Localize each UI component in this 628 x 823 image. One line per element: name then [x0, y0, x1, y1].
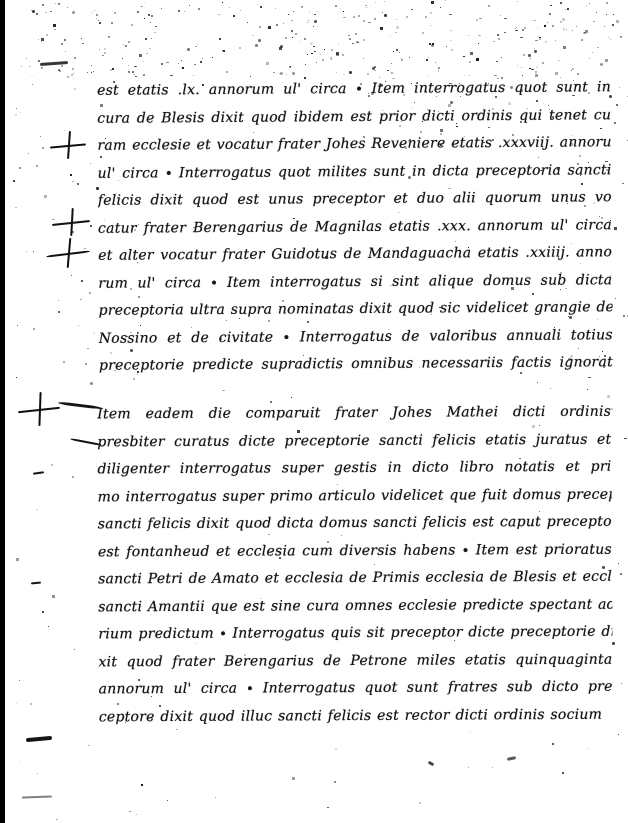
paragraph-1: est etatis .lx. annorum ul' circa ∙ Item…	[97, 74, 613, 380]
manuscript-line: mo interrogatus super primo articulo vid…	[98, 481, 612, 511]
paragraph-2: Item eadem die comparuit frater Johes Ma…	[97, 399, 613, 732]
manuscript-line: rum ul' circa ∙ Item interrogatus si sin…	[98, 267, 612, 298]
manuscript-line: cura de Blesis dixit quod ibidem est pri…	[97, 102, 611, 133]
ink-smudge	[507, 756, 516, 761]
margin-cross-mark-3	[46, 238, 90, 268]
margin-cross-mark-1	[50, 131, 86, 159]
margin-cross-mark-4	[18, 392, 60, 426]
manuscript-line: sancti Petri de Amato et ecclesia de Pri…	[98, 564, 612, 594]
manuscript-line: diligenter interrogatus super gestis in …	[97, 454, 611, 484]
ink-smudge	[428, 761, 435, 767]
ink-smudge	[26, 736, 52, 742]
manuscript-line: ceptore dixit quod illuc sancti felicis …	[99, 701, 613, 731]
scan-edge-left-bar	[0, 0, 5, 823]
manuscript-line: ul' circa ∙ Interrogatus quot milites su…	[98, 157, 612, 188]
manuscript-line: est fontanheud et ecclesia cum diversis …	[98, 536, 612, 566]
ink-smudge	[31, 582, 41, 585]
manuscript-page: est etatis .lx. annorum ul' circa ∙ Item…	[0, 0, 628, 823]
manuscript-line: Item eadem die comparuit frater Johes Ma…	[97, 399, 611, 429]
manuscript-line: preceptoria ultra supra nominatas dixit …	[98, 294, 612, 325]
initial-flourish	[58, 401, 102, 409]
manuscript-line: et alter vocatur frater Guidotus de Mand…	[98, 239, 612, 270]
manuscript-line: presbiter curatus dicte preceptorie sanc…	[97, 426, 611, 456]
manuscript-line: rium predictum ∙ Interrogatus quis sit p…	[98, 619, 612, 649]
manuscript-line: Nossino et de civitate ∙ Interrogatus de…	[99, 322, 613, 353]
manuscript-line: annorum ul' circa ∙ Interrogatus quot su…	[99, 674, 613, 704]
manuscript-line: ram ecclesie et vocatur frater Johes Rev…	[97, 129, 611, 160]
ink-smudge	[33, 471, 44, 475]
ink-smudge	[40, 61, 68, 66]
manuscript-line: felicis dixit quod est unus preceptor et…	[98, 184, 612, 215]
ink-smudge	[22, 795, 52, 798]
manuscript-line: xit quod frater Berengarius de Petrone m…	[98, 646, 612, 676]
manuscript-line: sancti Amantii que est sine cura omnes e…	[98, 591, 612, 621]
manuscript-line: catur frater Berengarius de Magnilas eta…	[98, 212, 612, 243]
manuscript-line: sancti felicis dixit quod dicta domus sa…	[98, 509, 612, 539]
manuscript-line: preceptorie predicte supradictis omnibus…	[99, 349, 613, 380]
manuscript-line: est etatis .lx. annorum ul' circa ∙ Item…	[97, 74, 611, 105]
margin-cross-mark-2	[52, 208, 90, 236]
